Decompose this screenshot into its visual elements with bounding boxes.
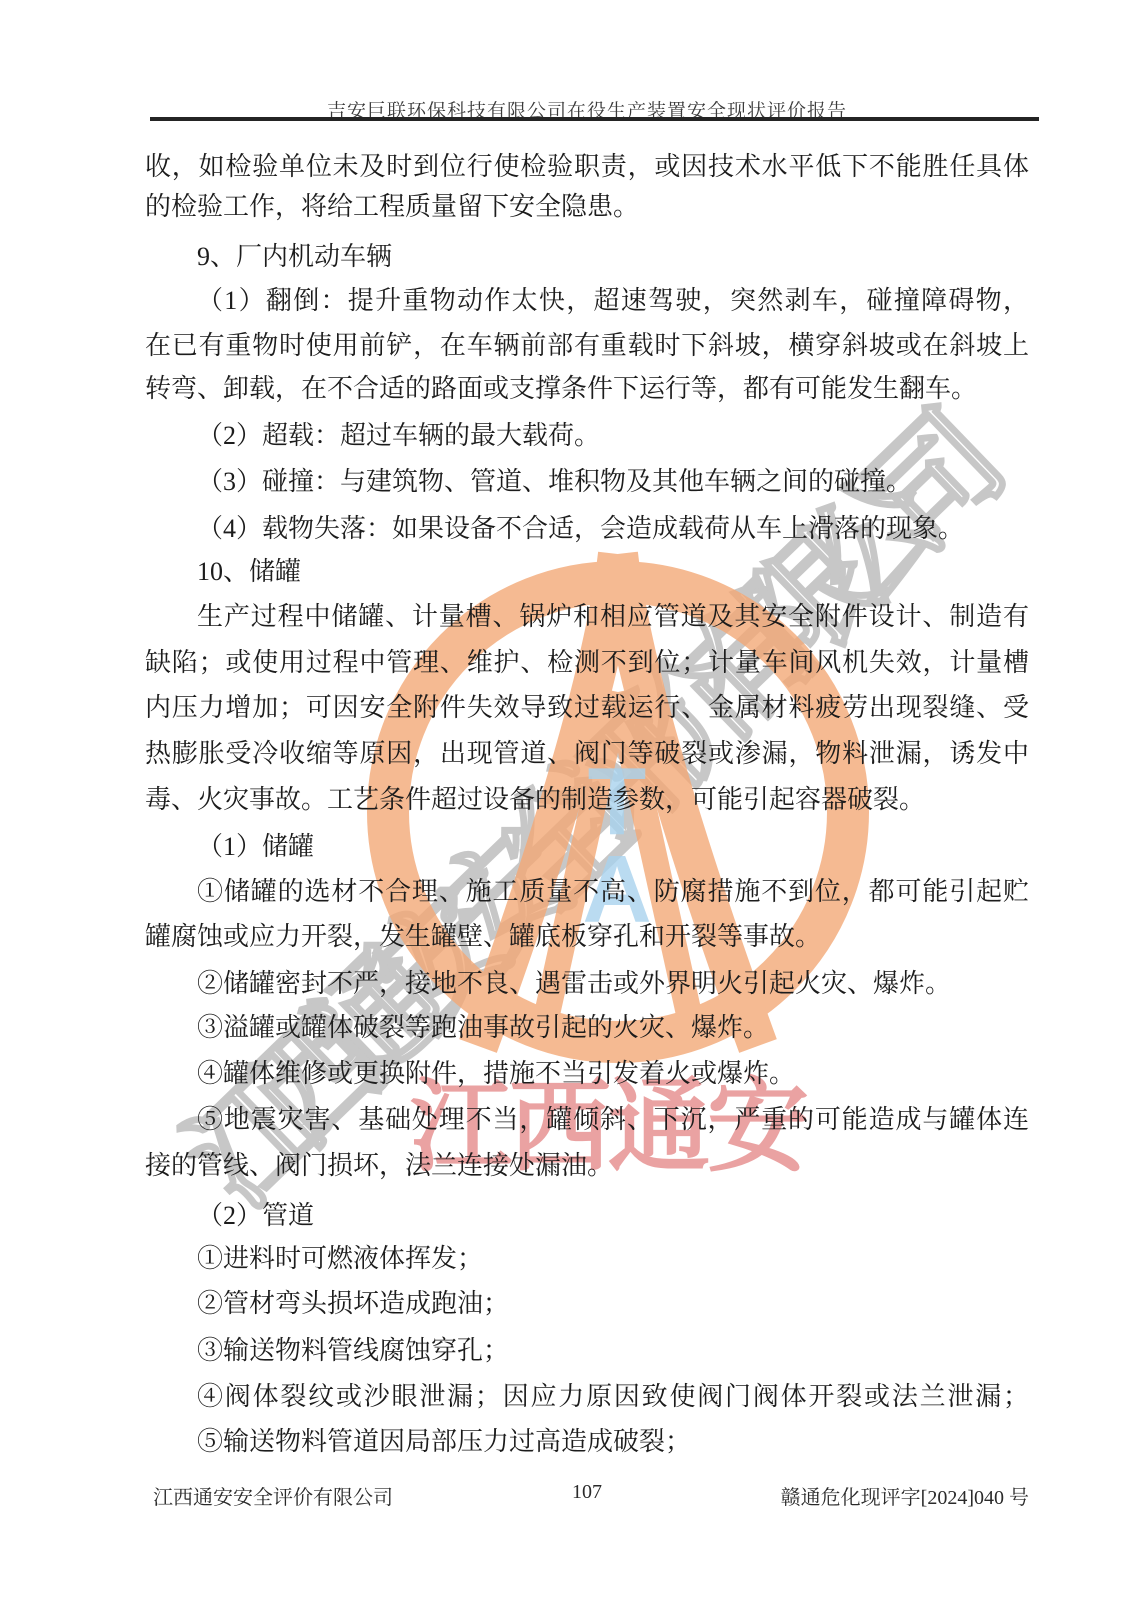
text-line: ②储罐密封不严，接地不良、遇雷击或外界明火引起火灾、爆炸。 — [145, 961, 1029, 1007]
text-line: 9、厂内机动车辆 — [145, 234, 1029, 280]
text-line: 缺陷；或使用过程中管理、维护、检测不到位；计量车间风机失效，计量槽 — [145, 640, 1029, 686]
text-line: ①储罐的选材不合理、施工质量不高、防腐措施不到位，都可能引起贮 — [145, 869, 1029, 915]
text-line: ④罐体维修或更换附件，措施不当引发着火或爆炸。 — [145, 1051, 1029, 1097]
text-line: ④阀体裂纹或沙眼泄漏；因应力原因致使阀门阀体开裂或法兰泄漏； — [145, 1374, 1029, 1420]
text-line: 转弯、卸载，在不合适的路面或支撑条件下运行等，都有可能发生翻车。 — [145, 366, 1029, 412]
text-line: 接的管线、阀门损坏，法兰连接处漏油。 — [145, 1143, 1029, 1189]
text-line: （2）管道 — [145, 1193, 1029, 1239]
text-line: 内压力增加；可因安全附件失效导致过载运行、金属材料疲劳出现裂缝、受 — [145, 685, 1029, 731]
text-line: ③输送物料管线腐蚀穿孔； — [145, 1328, 1029, 1374]
text-line: ①进料时可燃液体挥发； — [145, 1236, 1029, 1282]
text-line: （2）超载：超过车辆的最大载荷。 — [145, 413, 1029, 459]
footer-report-number: 赣通危化现评字[2024]040 号 — [781, 1481, 1029, 1510]
text-line: （4）载物失落：如果设备不合适，会造成载荷从车上滑落的现象。 — [145, 506, 1029, 552]
text-line: 毒、火灾事故。工艺条件超过设备的制造参数，可能引起容器破裂。 — [145, 777, 1029, 823]
text-line: ⑤输送物料管道因局部压力过高造成破裂； — [145, 1419, 1029, 1465]
text-line: 热膨胀受冷收缩等原因，出现管道、阀门等破裂或渗漏，物料泄漏，诱发中 — [145, 731, 1029, 777]
text-line: 生产过程中储罐、计量槽、锅炉和相应管道及其安全附件设计、制造有 — [145, 594, 1029, 640]
text-line: ②管材弯头损坏造成跑油； — [145, 1281, 1029, 1327]
text-line: ⑤地震灾害、基础处理不当，罐倾斜、下沉，严重的可能造成与罐体连 — [145, 1097, 1029, 1143]
text-line: 10、储罐 — [145, 549, 1029, 595]
document-page: 江西通安安全评价有限公司 T A 江西通安 吉安巨联环保科技有限公司在役生产装置… — [0, 0, 1131, 1600]
text-line: 在已有重物时使用前铲，在车辆前部有重载时下斜坡，横穿斜坡或在斜坡上 — [145, 323, 1029, 369]
text-line: 罐腐蚀或应力开裂，发生罐壁、罐底板穿孔和开裂等事故。 — [145, 914, 1029, 960]
text-line: （1）储罐 — [145, 824, 1029, 870]
text-line: 的检验工作，将给工程质量留下安全隐患。 — [145, 184, 1029, 230]
header-rule — [150, 117, 1039, 121]
text-line: （1）翻倒：提升重物动作太快，超速驾驶，突然剥车，碰撞障碍物， — [145, 278, 1029, 324]
text-line: ③溢罐或罐体破裂等跑油事故引起的火灾、爆炸。 — [145, 1005, 1029, 1051]
text-line: （3）碰撞：与建筑物、管道、堆积物及其他车辆之间的碰撞。 — [145, 459, 1029, 505]
